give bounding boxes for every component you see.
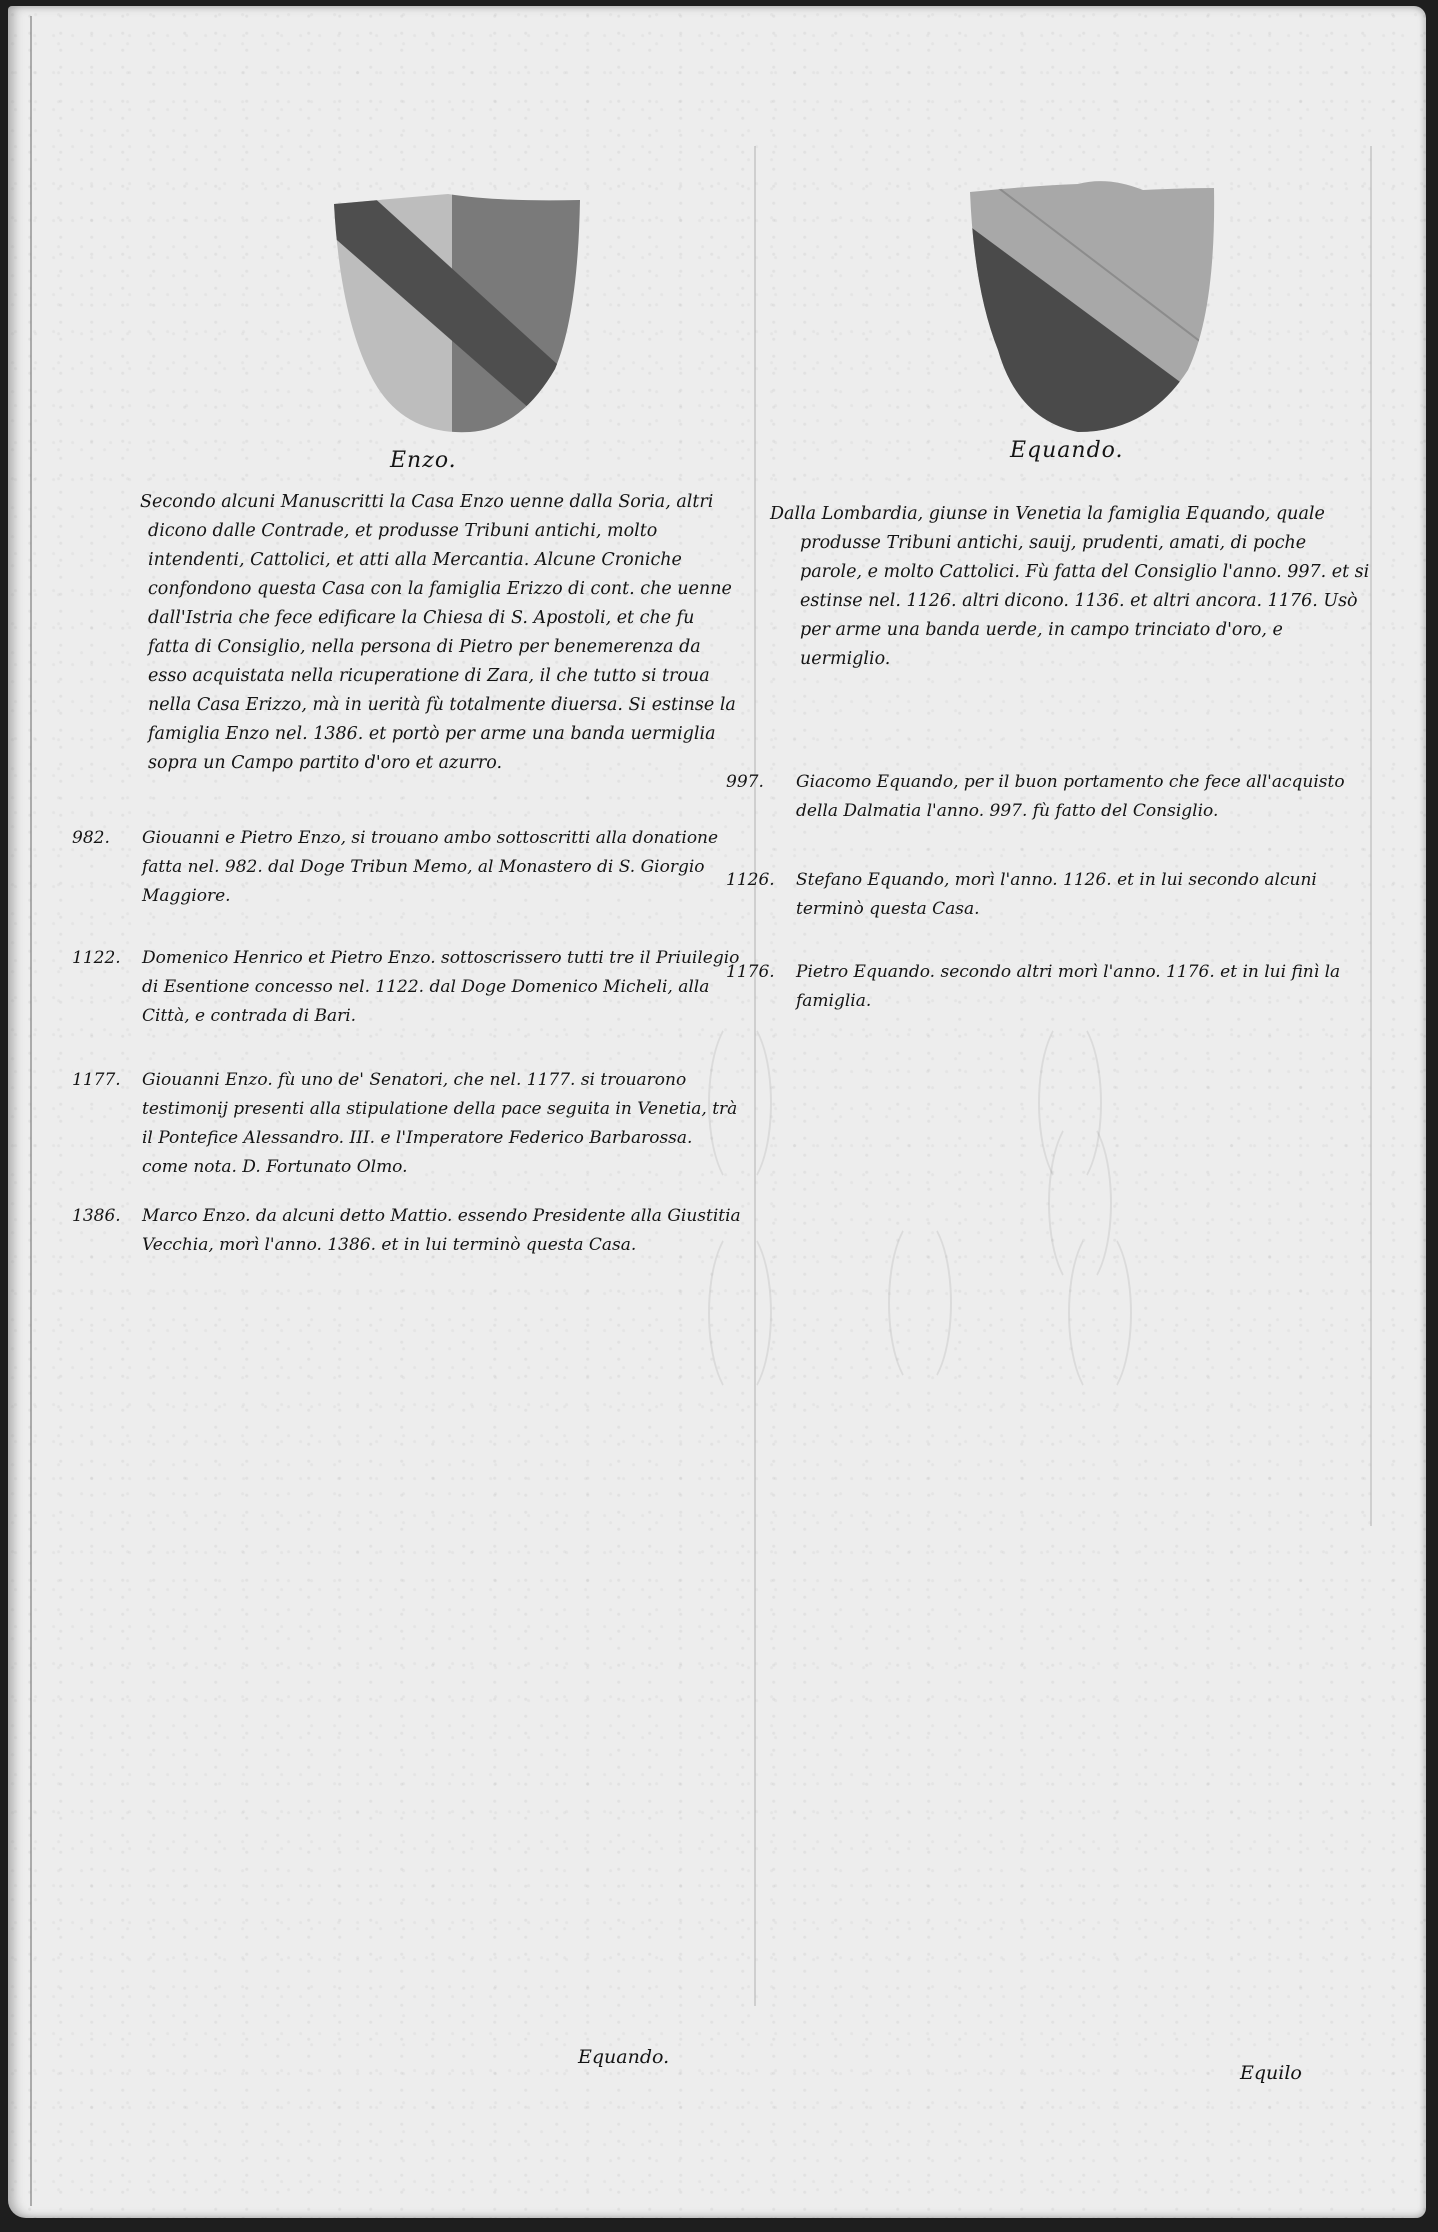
right-margin-rule [1370,146,1372,1526]
entry-year: 1126. [726,866,794,895]
equando-intro-text: Dalla Lombardia, giunse in Venetia la fa… [770,500,1370,674]
enzo-intro-column: Secondo alcuni Manuscritti la Casa Enzo … [118,488,738,778]
enzo-entry: 1122. Domenico Henrico et Pietro Enzo. s… [72,944,742,1031]
entry-text: Pietro Equando. secondo altri morì l'ann… [796,958,1366,1016]
manuscript-page: Enzo. Equando. Secondo alcuni Manuscritt… [8,6,1426,2218]
page-edge-line [30,16,32,2206]
entry-text: Giacomo Equando, per il buon portamento … [796,768,1366,826]
entry-text: Giouanni e Pietro Enzo, si trouano ambo … [142,824,742,911]
entry-year: 997. [726,768,794,797]
equando-entry: 1176. Pietro Equando. secondo altri morì… [726,958,1366,1016]
equando-intro-column: Dalla Lombardia, giunse in Venetia la fa… [770,500,1370,674]
enzo-entry: 1177. Giouanni Enzo. fù uno de' Senatori… [72,1066,742,1182]
entry-year: 1176. [726,958,794,987]
equando-entry: 1126. Stefano Equando, morì l'anno. 1126… [726,866,1366,924]
equando-coat-of-arms [968,180,1218,436]
entry-year: 982. [72,824,140,853]
enzo-coat-of-arms [330,194,590,444]
entry-year: 1122. [72,944,140,973]
enzo-shield-caption: Enzo. [390,448,457,473]
bleed-through-mark [888,1216,952,1390]
enzo-intro-text: Secondo alcuni Manuscritti la Casa Enzo … [118,488,738,778]
catchword-left: Equando. [578,2046,669,2068]
bleed-through-mark [1068,1226,1132,1400]
entry-text: Domenico Henrico et Pietro Enzo. sottosc… [142,944,742,1031]
entry-text: Stefano Equando, morì l'anno. 1126. et i… [796,866,1366,924]
enzo-entry: 1386. Marco Enzo. da alcuni detto Mattio… [72,1202,742,1260]
equando-shield-caption: Equando. [1010,438,1124,463]
entry-year: 1177. [72,1066,140,1095]
equando-entry: 997. Giacomo Equando, per il buon portam… [726,768,1366,826]
entry-text: Marco Enzo. da alcuni detto Mattio. esse… [142,1202,742,1260]
enzo-entry: 982. Giouanni e Pietro Enzo, si trouano … [72,824,742,911]
entry-year: 1386. [72,1202,140,1231]
catchword-right: Equilo [1240,2062,1302,2084]
entry-text: Giouanni Enzo. fù uno de' Senatori, che … [142,1066,742,1182]
